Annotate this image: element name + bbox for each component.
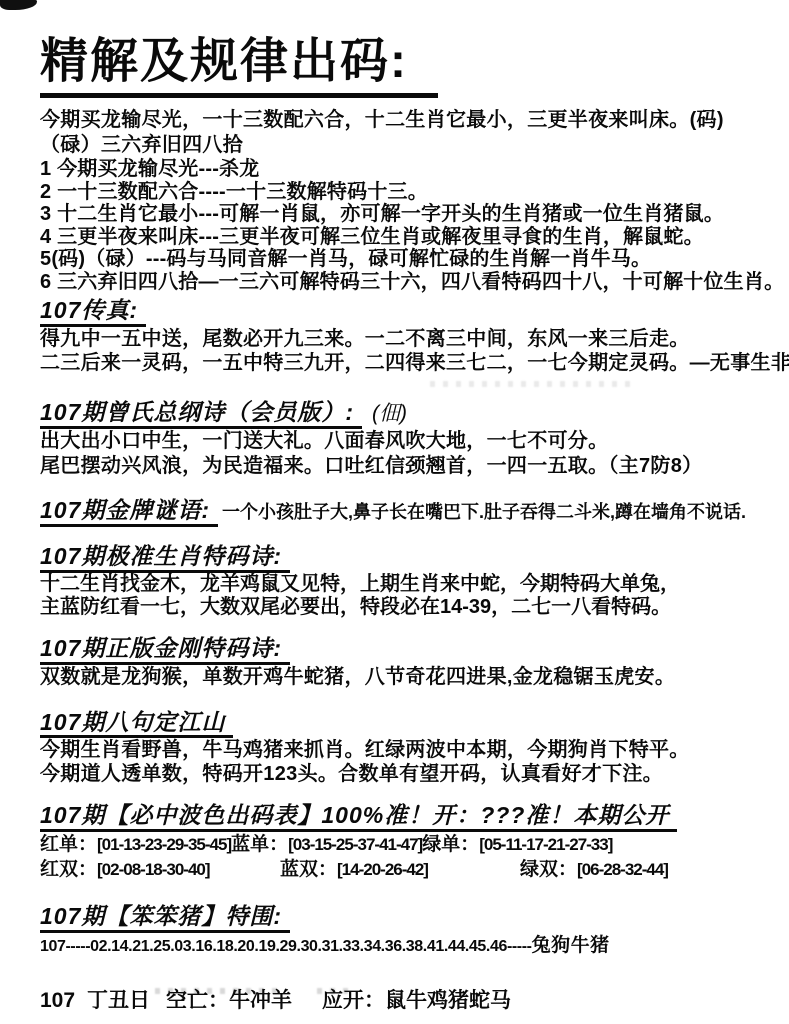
section-heading-jizhun: 107期极准生肖特码诗: — [40, 543, 290, 573]
scan-ghost-text — [317, 988, 349, 994]
section-line: 十二生肖找金木，龙羊鸡鼠又见特，上期生肖来中蛇，今期特码大单兔， — [40, 573, 769, 597]
rule-item: 3 十二生肖它最小---可解一肖鼠，亦可解一字开头的生肖猪或一位生肖猪鼠。 — [40, 203, 769, 226]
red-single-label: 红单： — [40, 834, 97, 855]
section-line: 得九中一五中送，尾数必开九三来。一二不离三中间，东风一来三后走。 — [40, 327, 769, 351]
rules-list: 1 今期买龙输尽光---杀龙 2 一十三数配六合----一十三数解特码十三。 3… — [40, 158, 769, 294]
section-line: 尾巴摆动兴风浪，为民造福来。口吐红信颈翘首，一四一五取。（主7防8） — [40, 454, 769, 479]
section-heading-bose: 107期【必中波色出码表】100%准！开：???准！本期公开 — [40, 802, 677, 832]
red-single-numbers: [01-13-23-29-35-45] — [97, 835, 231, 854]
footer-day: 丁丑日 — [87, 989, 150, 1012]
section-chuanzhen: 107传真: 得九中一五中送，尾数必开九三来。一二不离三中间，东风一来三后走。 … — [40, 297, 769, 375]
blue-double-numbers: [14-20-26-42] — [337, 860, 428, 879]
intro-line: 今期买龙输尽光，一十三数配六合，十二生肖它最小，三更半夜来叫床。(码) — [40, 108, 769, 133]
rule-item: 6 三六弃旧四八拾—一三六可解特码三十六，四八看特码四十八，十可解十位生肖。 — [40, 271, 769, 294]
section-bose: 107期【必中波色出码表】100%准！开：???准！本期公开 红单：[01-13… — [40, 802, 769, 883]
section-benben: 107期【笨笨猪】特围: 107-----02.14.21.25.03.16.1… — [40, 903, 769, 960]
section-zhengban: 107期正版金刚特码诗: 双数就是龙狗猴，单数开鸡牛蛇猪，八节奇花四进果,金龙稳… — [40, 635, 769, 689]
bose-doubles-row: 红双：[02-08-18-30-40] 蓝双：[14-20-26-42] 绿双：… — [40, 857, 769, 883]
red-double-label: 红双： — [40, 859, 97, 880]
rule-item: 4 三更半夜来叫床---三更半夜可解三位生肖或解夜里寻食的生肖，解鼠蛇。 — [40, 226, 769, 249]
section-jizhun: 107期极准生肖特码诗: 十二生肖找金木，龙羊鸡鼠又见特，上期生肖来中蛇，今期特… — [40, 543, 769, 620]
rule-item: 1 今期买龙输尽光---杀龙 — [40, 158, 769, 181]
section-heading-zengshi: 107期曾氏总纲诗（会员版）: — [40, 399, 362, 429]
green-double-label: 绿双： — [520, 859, 577, 880]
section-jinpai: 107期金牌谜语:一个小孩肚子大,鼻子长在嘴巴下.肚子吞得二斗米,蹲在墙角不说话… — [40, 497, 769, 527]
section-heading-bajiu: 107期八句定江山 — [40, 710, 233, 738]
rule-item: 5(码)（碌）---码与马同音解一肖马，碌可解忙碌的生肖解一肖牛马。 — [40, 248, 769, 271]
footer-issue: 107 — [40, 989, 75, 1012]
section-zengshi: 107期曾氏总纲诗（会员版）:(佃) 出大出小口中生，一门送大礼。八面春风吹大地… — [40, 399, 769, 479]
footer-line: 107丁丑日空亡：牛冲羊应开：鼠牛鸡猪蛇马 — [40, 988, 769, 1013]
bose-singles-row: 红单：[01-13-23-29-35-45]蓝单：[03-15-25-37-41… — [40, 832, 769, 858]
intro-line: （碌）三六弃旧四八拾 — [40, 133, 769, 158]
blue-double-label: 蓝双： — [280, 859, 337, 880]
enclosure-prefix: 107----- — [40, 938, 90, 955]
rule-item: 2 一十三数配六合----一十三数解特码十三。 — [40, 181, 769, 204]
section-heading-zhengban: 107期正版金刚特码诗: — [40, 635, 290, 665]
section-line: 双数就是龙狗猴，单数开鸡牛蛇猪，八节奇花四进果,金龙稳锯玉虎安。 — [40, 665, 769, 689]
footer-yingkai: 应开：鼠牛鸡猪蛇马 — [322, 989, 511, 1012]
page-title: 精解及规律出码: — [40, 34, 438, 98]
section-bajiu: 107期八句定江山 今期生肖看野兽，牛马鸡猪来抓肖。红绿两波中本期，今期狗肖下特… — [40, 710, 769, 787]
section-line: 二三后来一灵码，一五中特三九开，二四得来三七二，一七今期定灵码。—无事生非 — [40, 351, 769, 375]
section-line: 主蓝防红看一七，大数双尾必要出，特段必在14-39，二七一八看特码。 — [40, 596, 769, 620]
section-line: 出大出小口中生，一门送大礼。八面春风吹大地，一七不可分。 — [40, 429, 769, 454]
blue-single-numbers: [03-15-25-37-41-47] — [288, 835, 422, 854]
scan-ghost-text — [430, 381, 630, 387]
green-double-numbers: [06-28-32-44] — [577, 860, 668, 879]
section-line: 今期道人透单数，特码开123头。合数单有望开码，认真看好才下注。 — [40, 762, 769, 787]
enclosure-zodiac: 兔狗牛猪 — [532, 935, 610, 956]
scan-ghost-text — [155, 988, 285, 994]
section-heading-chuanzhen: 107传真: — [40, 297, 146, 327]
intro-paragraph: 今期买龙输尽光，一十三数配六合，十二生肖它最小，三更半夜来叫床。(码) （碌）三… — [40, 108, 769, 158]
heading-note: (佃) — [372, 402, 407, 425]
enclosure-numbers: 02.14.21.25.03.16.18.20.19.29.30.31.33.3… — [90, 938, 507, 955]
section-line: 今期生肖看野兽，牛马鸡猪来抓肖。红绿两波中本期，今期狗肖下特平。 — [40, 738, 769, 763]
section-heading-benben: 107期【笨笨猪】特围: — [40, 903, 290, 933]
enclosure-suffix: ----- — [507, 938, 532, 955]
blue-single-label: 蓝单： — [231, 834, 288, 855]
green-single-numbers: [05-11-17-21-27-33] — [479, 835, 612, 854]
green-single-label: 绿单： — [422, 834, 479, 855]
red-double-numbers: [02-08-18-30-40] — [97, 860, 210, 879]
section-heading-jinpai: 107期金牌谜语: — [40, 497, 218, 527]
special-enclosure-line: 107-----02.14.21.25.03.16.18.20.19.29.30… — [40, 933, 769, 960]
document-page: 精解及规律出码: 今期买龙输尽光，一十三数配六合，十二生肖它最小，三更半夜来叫床… — [0, 0, 789, 1013]
riddle-text: 一个小孩肚子大,鼻子长在嘴巴下.肚子吞得二斗米,蹲在墙角不说话. — [222, 502, 746, 522]
